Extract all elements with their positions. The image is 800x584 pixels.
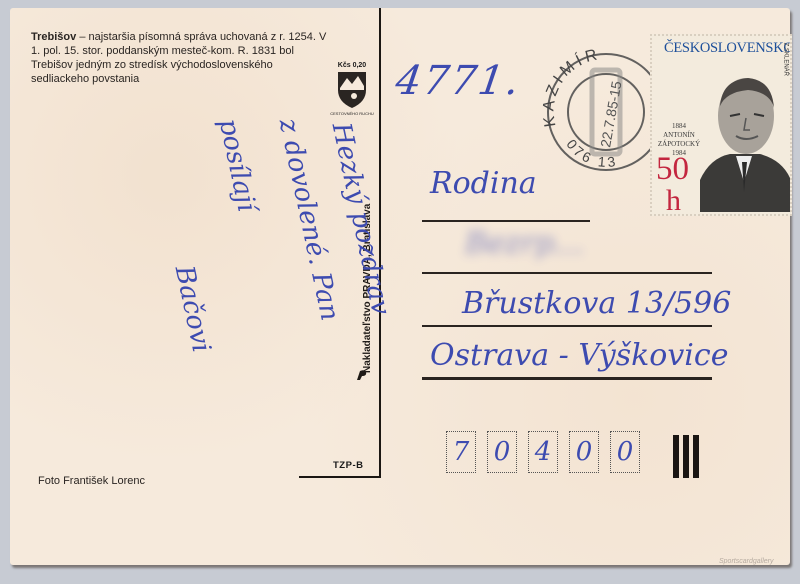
message-signature: Bačovi [169, 263, 217, 355]
series-code: TZP-B [333, 460, 363, 471]
stamp-country: ČESKOSLOVENSKO [664, 40, 792, 57]
photo-credit: Foto František Lorenc [38, 475, 145, 487]
address-line-3: Břustkova 13/596 [462, 286, 731, 321]
postcode-box: 0 [610, 431, 640, 473]
place-description-text: – najstaršia písomná správa uchovaná z r… [31, 31, 326, 85]
publisher-logo-icon [355, 368, 369, 382]
stamp-value: 50 [656, 154, 689, 184]
postcode-box: 0 [569, 431, 599, 473]
address-rule [422, 377, 712, 380]
sorting-bar [673, 435, 679, 478]
watermark: Sportscardgallery [719, 558, 773, 565]
postage-stamp: ČESKOSLOVENSKO 1884 ANTONÍN ZÁPOTOCKÝ 19… [650, 34, 792, 216]
address-rule [422, 272, 712, 274]
stamp-designer: Z.SKLENÁŘ [782, 43, 788, 76]
place-name: Trebišov [31, 31, 76, 43]
svg-text:CESTOVNÉHO RUCHU: CESTOVNÉHO RUCHU [330, 111, 374, 116]
place-description: Trebišov – najstaršia písomná správa uch… [31, 30, 331, 86]
address-line-4: Ostrava - Výškovice [430, 338, 728, 373]
message-line: posílají [213, 116, 262, 214]
address-rule [422, 220, 590, 222]
svg-text:Kčs 0,20: Kčs 0,20 [338, 62, 367, 69]
postcard-back: Trebišov – najstaršia písomná správa uch… [10, 8, 790, 565]
charity-mark-icon: Kčs 0,20 CESTOVNÉHO RUCHU [328, 58, 376, 116]
card-divider-foot [299, 476, 381, 478]
sorting-bar [693, 435, 699, 478]
address-rule [422, 325, 712, 327]
postcode-box: 4 [528, 431, 558, 473]
portrait-icon [700, 70, 790, 212]
sorting-bar [683, 435, 689, 478]
stamp-value-unit: h [666, 184, 681, 216]
reference-number: 4771. [393, 58, 524, 104]
address-line-2-redacted: Bezrp… [465, 226, 584, 261]
postcode-box: 7 [446, 431, 476, 473]
postcode-box: 0 [487, 431, 517, 473]
address-line-1: Rodina [430, 166, 537, 201]
